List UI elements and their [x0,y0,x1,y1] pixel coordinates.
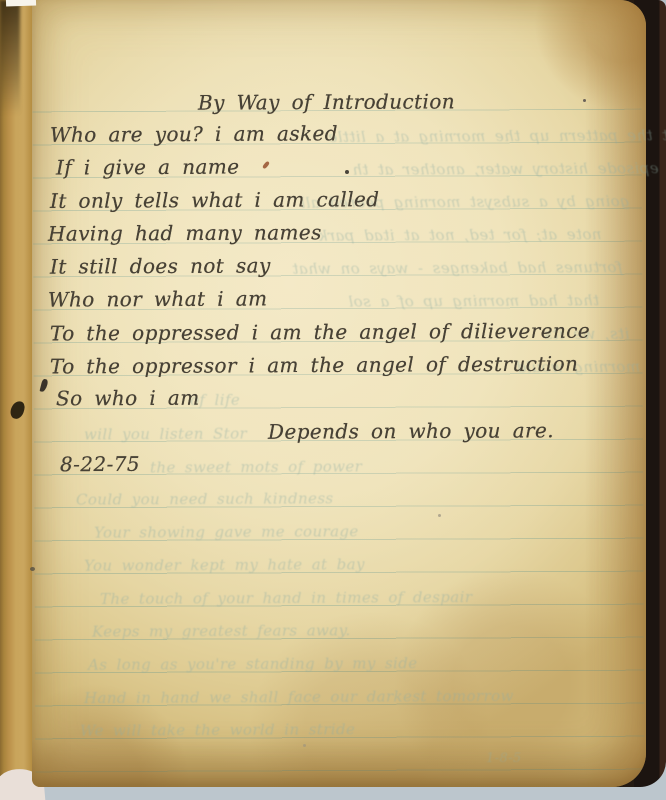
ghost-text-line: fortunes had bakenges - ways on what [292,257,623,279]
ghost-text-line: Keeps my greatest fears away. [92,620,351,641]
ghost-text-line: will you listen Stor [84,424,247,445]
ink-speck [30,567,35,571]
ghost-text-line: Hand in hand we shall face our darkest t… [84,686,514,708]
ghost-text-line: episode history water, another at th [352,158,659,180]
poem-line: So who i am [56,386,200,411]
poem-line: Who nor what i am [48,286,268,311]
ghost-text-line: Your showing gave me courage [94,521,359,542]
notebook-scan: made at the pattern up the morning at a … [0,0,666,800]
ghost-text-line: made at the pattern up the morning at a … [328,125,666,147]
ghost-text-line: note at; for ted, not at itad park [318,224,602,245]
poem-line: It still does not say [50,253,271,278]
ink-speck [303,744,306,747]
ghost-text-line: We will take the world in stride [80,719,355,740]
ghost-text-line: that had morning up of a sol [348,290,599,311]
poem-line: Who are you? i am asked [50,121,338,147]
ghost-text-line: Could you need such kindness [76,488,334,509]
ghost-text-line: The touch of your hand in times of despa… [100,587,473,609]
page-title: By Way of Introduction [198,89,455,114]
binding-shadow [0,0,20,115]
date: 8-22-75 [60,452,140,476]
poem-line: To the oppressor i am the angel of destr… [50,352,578,379]
ink-speck [345,170,349,174]
ghost-text-line: You wonder kept my hate at bay [84,554,365,575]
ghost-text-line: the sweet mots of power [150,456,362,477]
ghost-signature: 1-8-5 [486,749,522,769]
poem-line: Having had many names [48,220,322,245]
under-page-sliver-top-left [6,0,36,7]
ghost-text-line: As long as you're standing by my side [88,653,418,675]
ink-speck [438,514,441,517]
ink-speck [583,99,586,102]
poem-line: Depends on who you are. [268,418,554,443]
poem-line: If i give a name [56,155,240,180]
poem-line: To the oppressed i am the angel of dilie… [50,319,590,346]
poem-line: It only tells what i am called [50,187,380,213]
